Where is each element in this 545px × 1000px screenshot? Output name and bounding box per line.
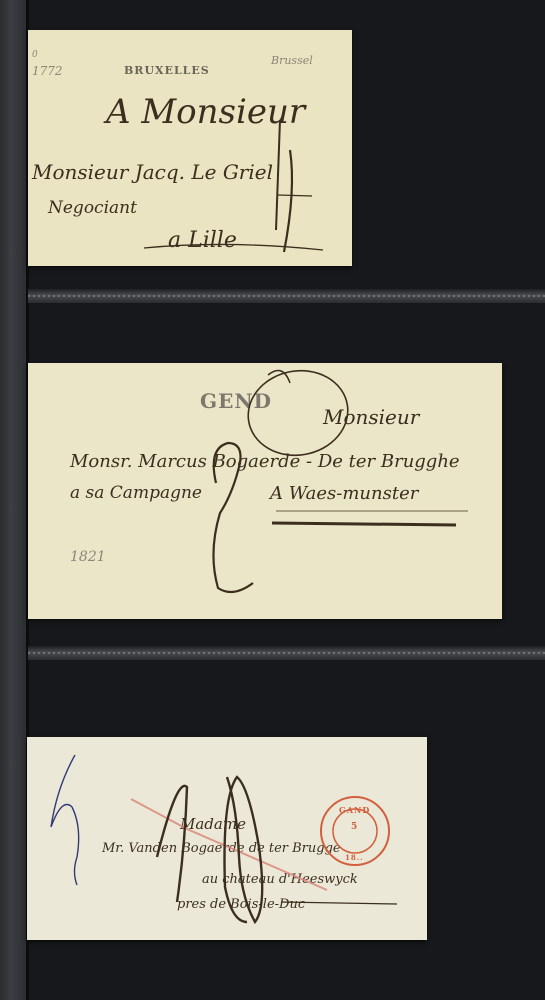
- ink-strokes: [28, 363, 502, 619]
- album-strip-1: [28, 289, 545, 303]
- album-strip-2: [28, 646, 545, 660]
- ink-strokes: [28, 30, 352, 266]
- cover-gend: GEND Monsieur Monsr. Marcus Bogaerde - D…: [28, 363, 502, 619]
- album-binder-edge: [0, 0, 28, 1000]
- red-postmark-town: GAND: [339, 805, 370, 815]
- red-postmark-year: 18..: [345, 853, 364, 862]
- ink-strokes: [27, 737, 427, 940]
- red-postmark-day: 5: [351, 822, 358, 832]
- cover-bruxelles: 0 1772 Brussel BRUXELLES A Monsieur Mons…: [28, 30, 352, 266]
- cover-gand: Madame Mr. Vanden Bogaerde de ter Brugge…: [27, 737, 427, 940]
